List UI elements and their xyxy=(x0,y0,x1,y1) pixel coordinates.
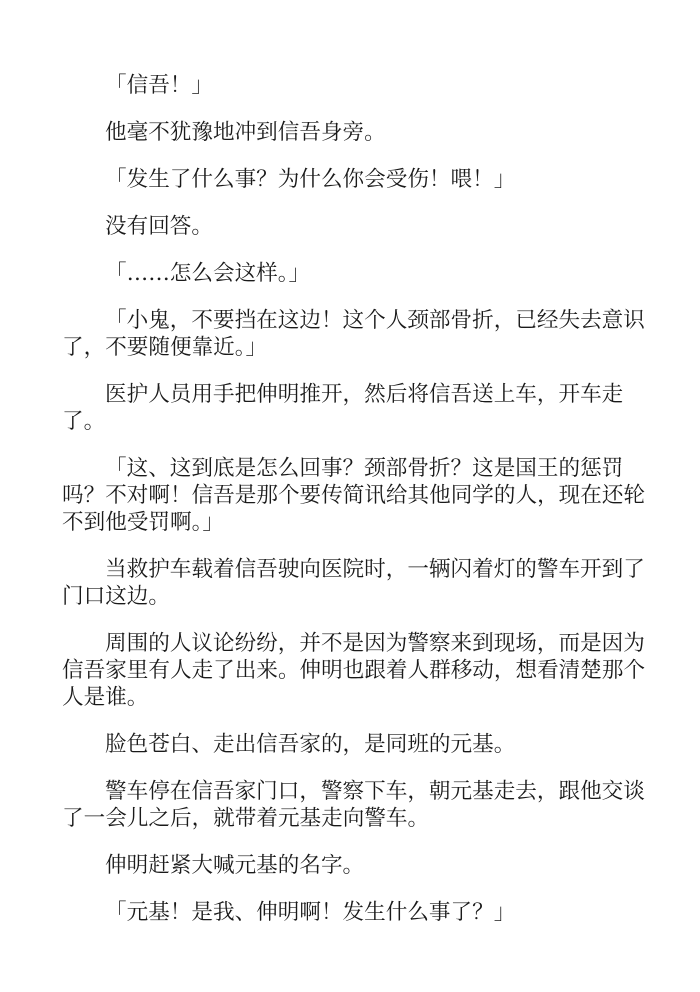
text-line: 「发生了什么事？为什么你会受伤！喂！」 xyxy=(62,166,637,193)
text-line: 「元基！是我、伸明啊！发生什么事了？」 xyxy=(62,899,637,926)
text-line: 了，不要随便靠近。」 xyxy=(62,334,637,361)
paragraph: 警车停在信吾家门口，警察下车，朝元基走去，跟他交谈 了一会儿之后，就带着元基走向… xyxy=(62,778,637,832)
paragraph: 脸色苍白、走出信吾家的，是同班的元基。 xyxy=(62,731,637,758)
text-line: 伸明赶紧大喊元基的名字。 xyxy=(62,852,637,879)
text-line: 当救护车载着信吾驶向医院时，一辆闪着灯的警车开到了 xyxy=(62,556,637,583)
text-line: 「这、这到底是怎么回事？颈部骨折？这是国王的惩罚 xyxy=(62,455,637,482)
paragraph: 没有回答。 xyxy=(62,213,637,240)
paragraph: 「元基！是我、伸明啊！发生什么事了？」 xyxy=(62,899,637,926)
text-line: 不到他受罚啊。」 xyxy=(62,509,637,536)
text-line: 人是谁。 xyxy=(62,684,637,711)
paragraph: 伸明赶紧大喊元基的名字。 xyxy=(62,852,637,879)
paragraph: 「发生了什么事？为什么你会受伤！喂！」 xyxy=(62,166,637,193)
paragraph: 他毫不犹豫地冲到信吾身旁。 xyxy=(62,119,637,146)
text-line: 吗？不对啊！信吾是那个要传简讯给其他同学的人，现在还轮 xyxy=(62,482,637,509)
text-line: 医护人员用手把伸明推开，然后将信吾送上车，开车走 xyxy=(62,381,637,408)
text-line: 「……怎么会这样。」 xyxy=(62,260,637,287)
text-line: 警车停在信吾家门口，警察下车，朝元基走去，跟他交谈 xyxy=(62,778,637,805)
paragraph: 当救护车载着信吾驶向医院时，一辆闪着灯的警车开到了 门口这边。 xyxy=(62,556,637,610)
paragraph: 医护人员用手把伸明推开，然后将信吾送上车，开车走 了。 xyxy=(62,381,637,435)
text-line: 「信吾！」 xyxy=(62,72,637,99)
paragraph: 「小鬼，不要挡在这边！这个人颈部骨折，已经失去意识 了，不要随便靠近。」 xyxy=(62,307,637,361)
paragraph: 「……怎么会这样。」 xyxy=(62,260,637,287)
text-line: 门口这边。 xyxy=(62,583,637,610)
text-line: 脸色苍白、走出信吾家的，是同班的元基。 xyxy=(62,731,637,758)
paragraph: 「这、这到底是怎么回事？颈部骨折？这是国王的惩罚 吗？不对啊！信吾是那个要传简讯… xyxy=(62,455,637,536)
text-line: 周围的人议论纷纷，并不是因为警察来到现场，而是因为 xyxy=(62,630,637,657)
paragraph: 「信吾！」 xyxy=(62,72,637,99)
text-line: 了一会儿之后，就带着元基走向警车。 xyxy=(62,805,637,832)
text-line: 「小鬼，不要挡在这边！这个人颈部骨折，已经失去意识 xyxy=(62,307,637,334)
document-page: 「信吾！」 他毫不犹豫地冲到信吾身旁。 「发生了什么事？为什么你会受伤！喂！」 … xyxy=(62,72,637,946)
text-line: 没有回答。 xyxy=(62,213,637,240)
paragraph: 周围的人议论纷纷，并不是因为警察来到现场，而是因为 信吾家里有人走了出来。伸明也… xyxy=(62,630,637,711)
text-line: 他毫不犹豫地冲到信吾身旁。 xyxy=(62,119,637,146)
text-line: 信吾家里有人走了出来。伸明也跟着人群移动，想看清楚那个 xyxy=(62,657,637,684)
text-line: 了。 xyxy=(62,408,637,435)
